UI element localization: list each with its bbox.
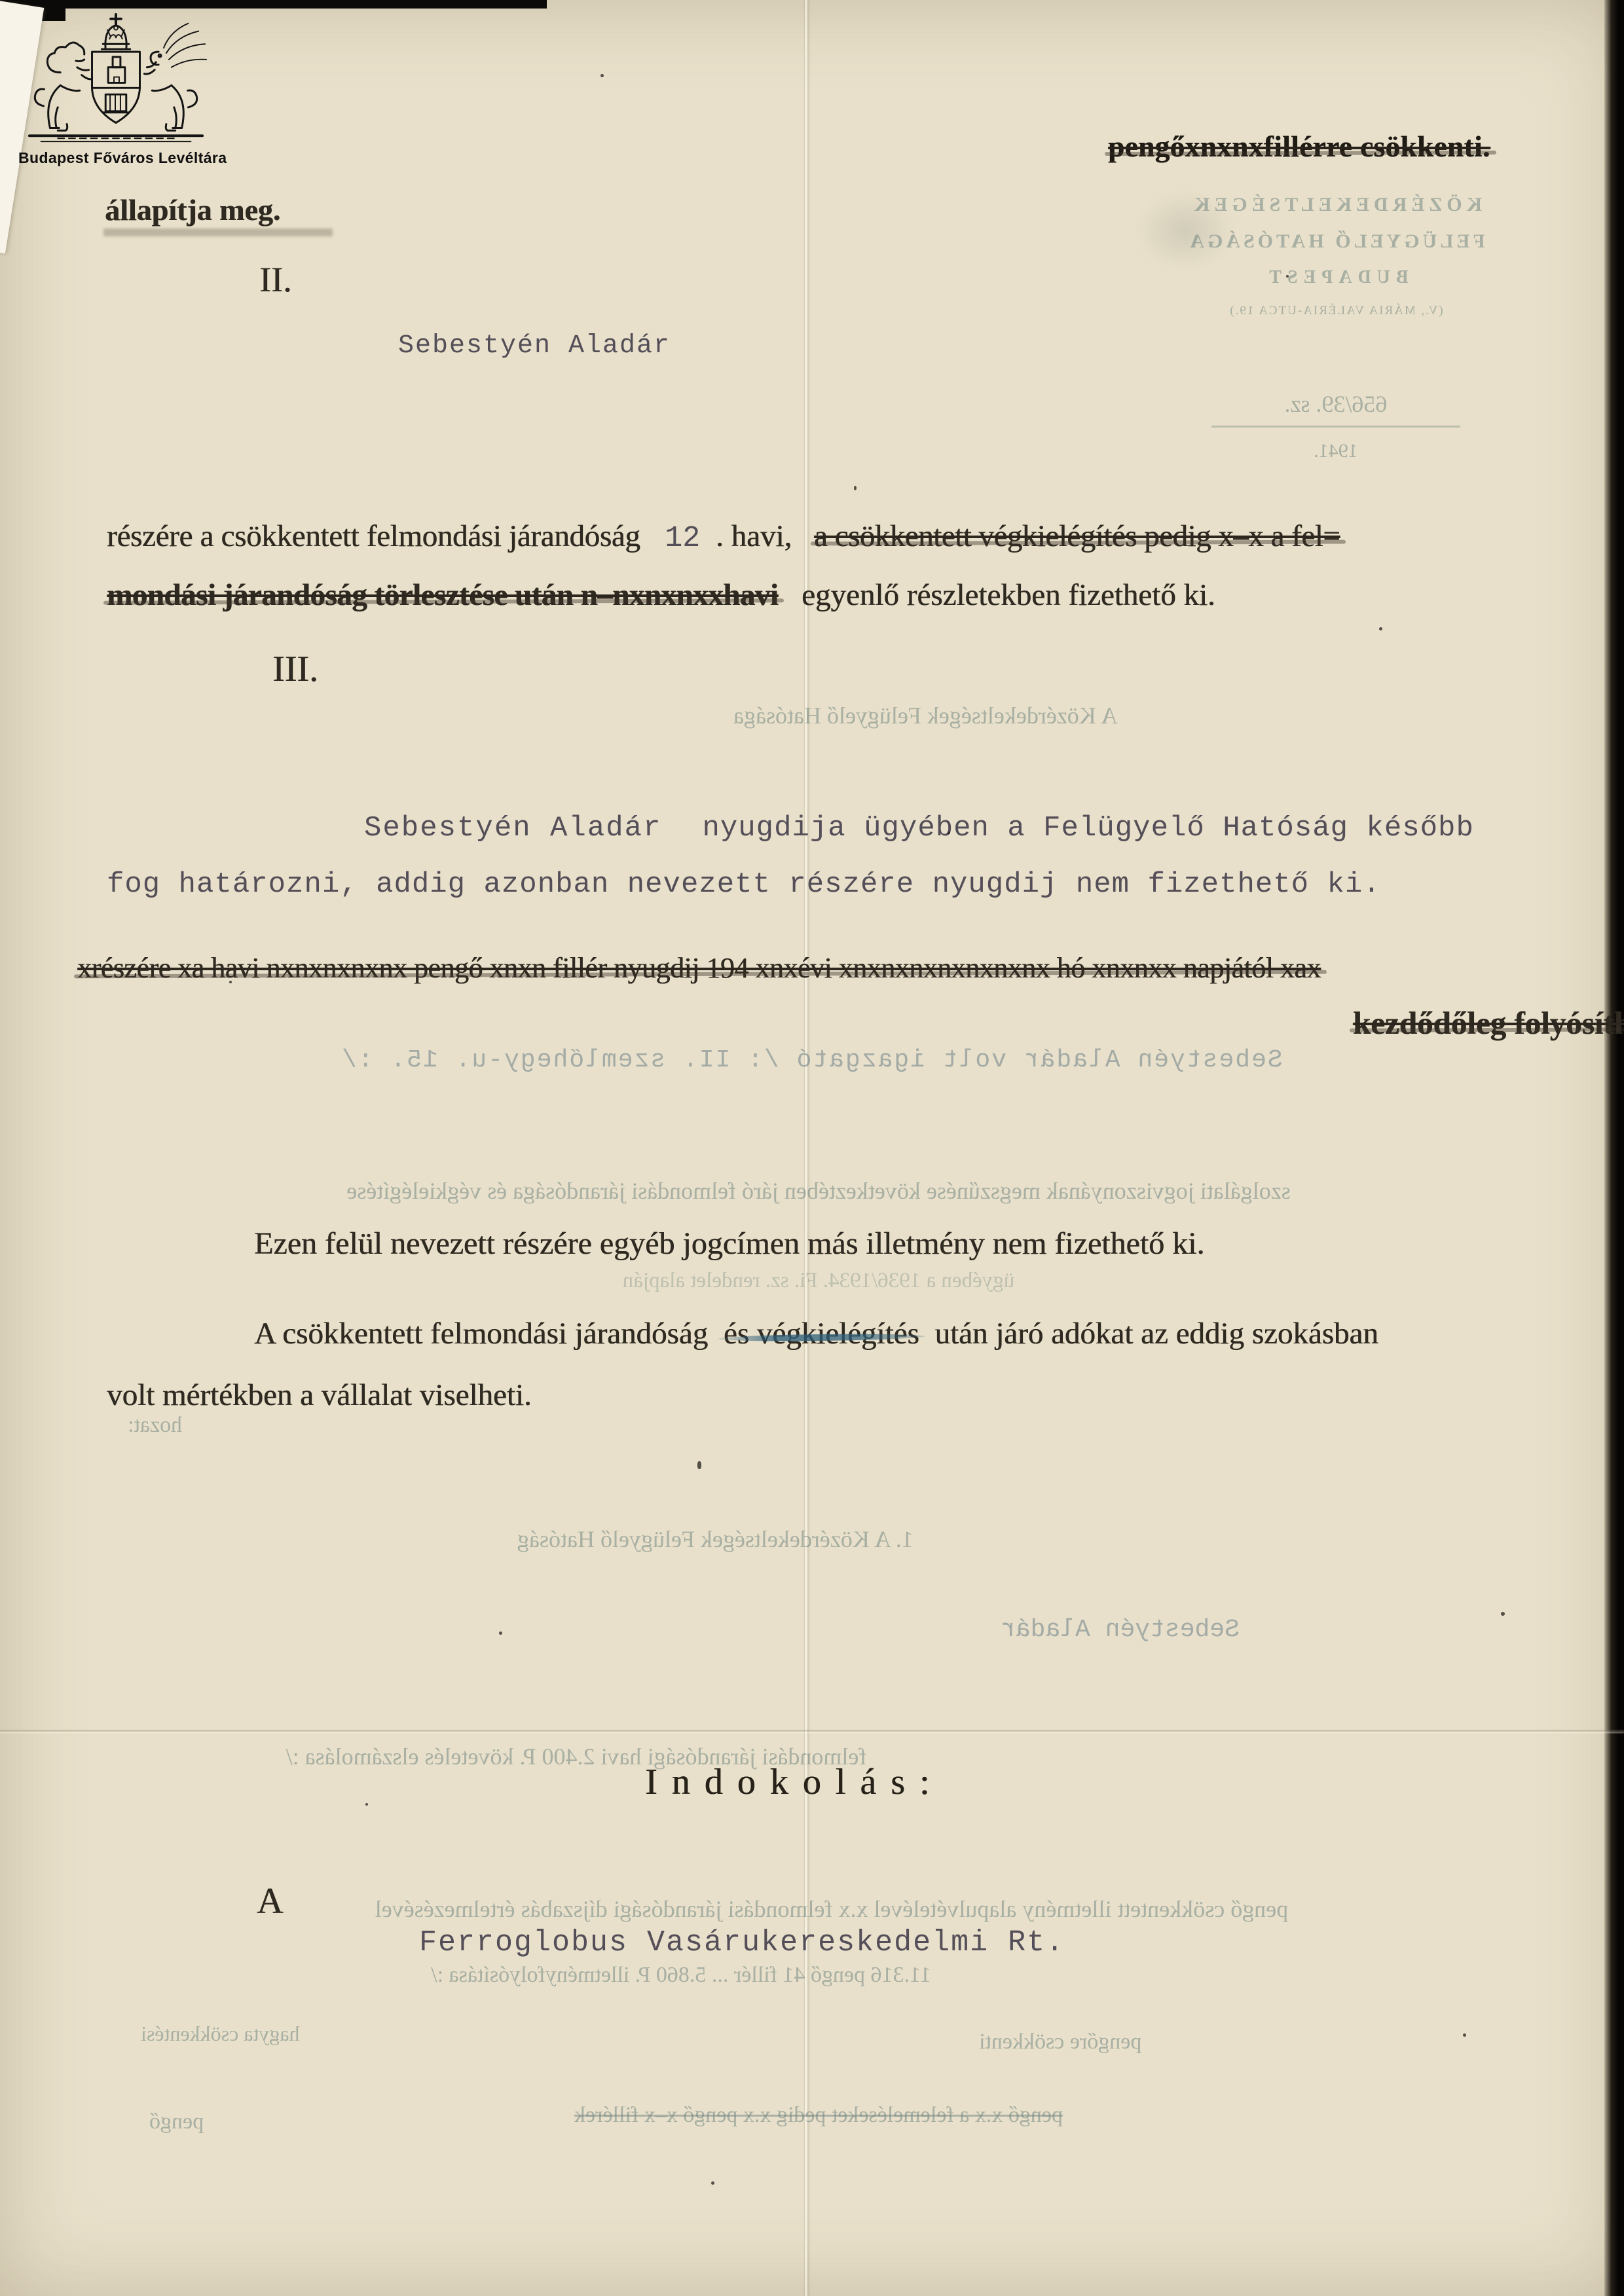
scan-edge-top — [0, 0, 547, 9]
allapitja-line: állapítja meg. — [105, 192, 280, 227]
para1-line2: mondási járandóság törlesztése után n–nx… — [107, 577, 1215, 613]
bleed-list-item: 1. A Közérdekeltségek Felügyelő Hatóság — [517, 1525, 913, 1553]
para1-months-value: 12 — [665, 522, 700, 555]
bleed-service-line: szolgálati jogviszonyának megszűnése köv… — [98, 1177, 1539, 1205]
para1-text: részére a csökkentett felmondási járandó… — [107, 519, 640, 553]
para3-line1: A csökkentett felmondási járandóság és v… — [254, 1316, 1378, 1351]
bleed-letterhead-line1: KÖZÉRDEKELTSÉGEK — [1159, 194, 1513, 216]
para1-line2-struck-text: mondási járandóság törlesztése után n–nx… — [107, 577, 778, 613]
paper-speck — [948, 831, 950, 834]
paper-speck — [499, 1631, 502, 1635]
bleed-letterhead-line3: BUDAPEST — [1159, 267, 1513, 288]
para3-pen-struck-text: és végkielégítés — [724, 1317, 919, 1351]
paper-speck — [1379, 627, 1382, 630]
para3-text1: A csökkentett felmondási járandóság — [254, 1317, 708, 1351]
bleed-letterhead-line2: FELÜGYELŐ HATÓSÁGA — [1159, 230, 1513, 253]
company-name: Ferroglobus Vasárukereskedelmi Rt. — [419, 1926, 1065, 1959]
indokolas-heading: Indokolás: — [645, 1761, 944, 1803]
archive-crest-icon — [17, 10, 215, 149]
bleed-bottom-word: pengő — [149, 2109, 204, 2134]
section-iii-label: III. — [272, 648, 318, 690]
struck-form-line: xrészére xa havi nxnxnxnxnx pengő xnxn f… — [77, 951, 1321, 985]
typed-line2: fog határozni, addig azonban nevezett ré… — [107, 868, 1381, 901]
paper-speck — [711, 2181, 714, 2185]
bleed-bottom-long-line: pengő x.x a felemeléseket pedig x.x peng… — [485, 2103, 1153, 2128]
bleed-authority-line: A Közérdekeltségek Felügyelő Hatósága — [733, 702, 1118, 729]
para1-text2: . havi, — [716, 519, 792, 553]
para1-line1: részére a csökkentett felmondási járandó… — [107, 519, 1340, 555]
para3-text2: után járó adókat az eddig szokásban — [934, 1317, 1378, 1351]
typed-line1: Sebestyén Aladár nyugdija ügyében a Felü… — [364, 812, 1474, 845]
bleed-file-number: 656/39. sz. — [1159, 390, 1513, 418]
section-ii-label: II. — [259, 259, 291, 300]
bleed-case-line: ügyében a 1936/1934. Fi. sz. rendelet al… — [131, 1269, 1506, 1293]
paper-speck — [1286, 275, 1289, 278]
bleed-small-left: hagyta csökkentési — [141, 2022, 300, 2046]
typed-name-1: Sebestyén Aladár — [398, 331, 671, 361]
para2-line: Ezen felül nevezett részére egyéb jogcím… — [254, 1226, 1204, 1262]
para1-line2-text: egyenlő részletekben fizethető ki. — [802, 578, 1215, 612]
paper-speck — [1501, 1612, 1505, 1616]
bleed-underline — [1211, 426, 1460, 428]
typed-name-2: Sebestyén Aladár — [364, 812, 661, 845]
paper-speck — [600, 74, 604, 77]
allapitja-ghost-strike — [103, 228, 333, 236]
archive-stamp-label: Budapest Főváros Levéltára — [18, 149, 227, 167]
paper-speck — [1463, 2033, 1466, 2037]
paper-speck — [229, 981, 232, 983]
bleed-year: 1941. — [1159, 440, 1513, 462]
scan-edge-right — [1604, 0, 1624, 2296]
bleed-penalty-line: pengő csökkentett illetmény alapulvételé… — [124, 1895, 1539, 1923]
para3-line2: volt mértékben a vállalat viselheti. — [107, 1377, 532, 1413]
typed-line1-text: nyugdija ügyében a Felügyelő Hatóság kés… — [702, 812, 1473, 845]
bleed-address-line: Sebestyén Aladár volt igazgató /: II. sz… — [341, 1046, 1283, 1074]
top-struck-line: pengőxnxnxfillérre csökkenti. — [1108, 130, 1490, 164]
para1-struck-text: a csökkentett végkielégítés pedig x–x a … — [814, 519, 1340, 554]
paper-speck — [697, 1461, 701, 1469]
bleed-amount-line: 11.316 pengő 41 fillér ... 5.860 P. ille… — [275, 1963, 1087, 1988]
paper-speck — [365, 1803, 368, 1806]
paper-speck — [854, 486, 857, 490]
bleed-letterhead-line4: (V., MÁRIA VALÉRIA-UTCA 19.) — [1159, 304, 1513, 318]
scanned-document-page: Budapest Főváros Levéltára pengőxnxnxfil… — [0, 0, 1624, 2296]
bleed-name: Sebestyén Aladár — [1001, 1616, 1240, 1644]
horizontal-fold-crease — [0, 1730, 1624, 1732]
bleed-hozat: hozat: — [128, 1413, 182, 1438]
bleed-small-right: pengőre csökkenti — [979, 2030, 1141, 2054]
struck-form-line2: kezdődőleg folyósítható. — [1353, 1004, 1624, 1042]
